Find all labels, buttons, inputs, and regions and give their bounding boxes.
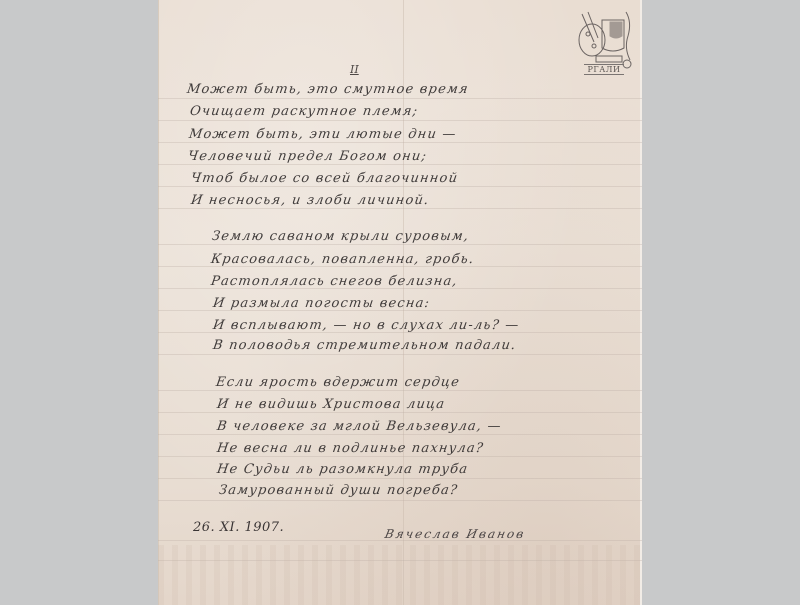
poem-line: Красовалась, повапленна, гробь. (210, 252, 475, 267)
manuscript-date: 26. XI. 1907. (193, 520, 284, 535)
ruled-line (158, 390, 642, 391)
poem-line: Замурованный души погреба? (218, 483, 459, 498)
poem-section-number: II (350, 63, 359, 76)
poem-line: И всплывают, — но в слухах ли-ль? — (212, 318, 521, 333)
document-viewer: РГАЛИ II Может быть, это смутное время О… (0, 0, 800, 605)
poem-line: В человеке за мглой Вельзевула, — (216, 419, 503, 434)
ruled-line (158, 500, 642, 501)
poem-line: В половодья стремительном падали. (212, 338, 517, 353)
ruled-line (158, 164, 642, 165)
archive-stamp-label: РГАЛИ (584, 64, 624, 75)
ruled-line (158, 186, 642, 187)
poem-line: Может быть, эти лютые дни — (188, 127, 458, 142)
poem-line: И не видишь Христова лица (216, 397, 446, 412)
ruled-line (158, 560, 642, 561)
ruled-line (158, 354, 642, 355)
poem-line: Очищает раскутное племя; (189, 104, 419, 119)
ruled-line (158, 456, 642, 457)
poem-line: Землю саваном крыли суровым, (211, 229, 470, 244)
poem-line: Если ярость вдержит сердце (215, 375, 461, 390)
poem-line: Не Судьи ль разомкнула труба (216, 462, 469, 477)
ruled-line (158, 208, 642, 209)
ruled-line (158, 434, 642, 435)
poem-line: И размыла погосты весна: (212, 296, 431, 311)
ruled-line (158, 120, 642, 121)
author-signature: Вячеслав Иванов (384, 527, 527, 541)
ruled-line (158, 244, 642, 245)
poem-line: Растоплялась снегов белизна, (210, 274, 459, 289)
ruled-line (158, 412, 642, 413)
poem-line: Не весна ли в подлинье пахнула? (216, 441, 485, 456)
poem-line: Чтоб былое со всей благочинной (190, 171, 459, 186)
poem-line: Может быть, это смутное время (186, 82, 470, 97)
poem-line: И несносья, и злоби личиной. (190, 193, 430, 208)
ruled-line (158, 478, 642, 479)
poem-line: Человечий предел Богом они; (187, 149, 428, 164)
ruled-line (158, 142, 642, 143)
ruled-line (158, 98, 642, 99)
